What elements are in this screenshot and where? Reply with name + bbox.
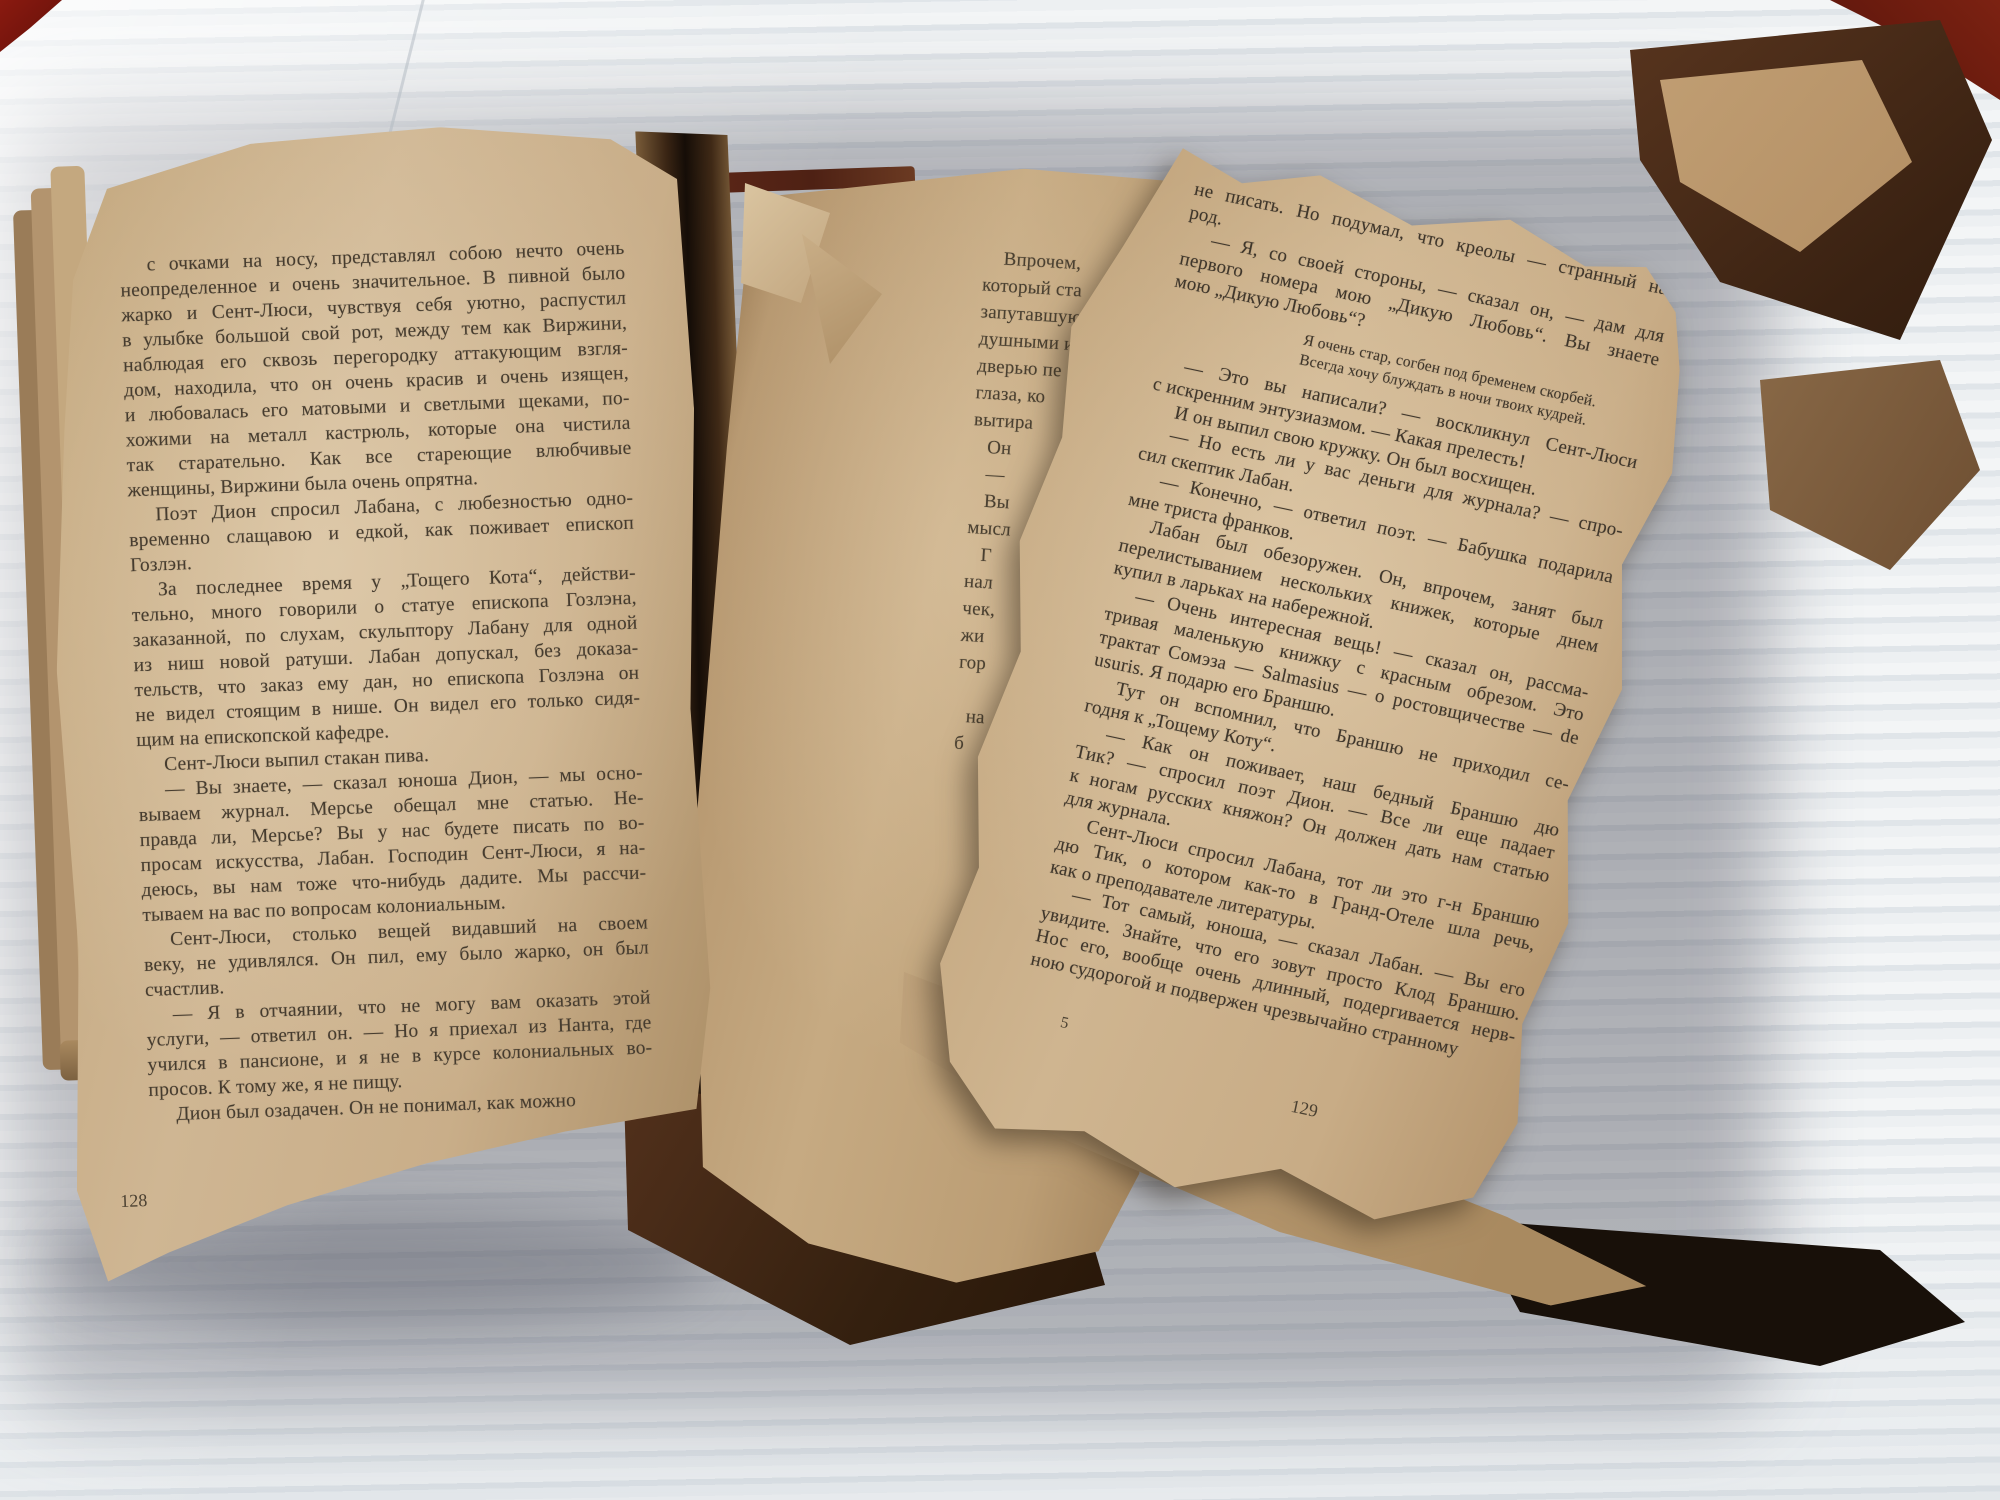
paragraph: — Вы знаете, — сказал юноша Дион, — мы о… bbox=[138, 761, 648, 929]
torn-cover-piece-right bbox=[1740, 350, 2000, 590]
paragraph: За последнее время у „Тощего Кота“, дейс… bbox=[131, 561, 642, 754]
left-page-text: с очками на носу, представлял собою нечт… bbox=[119, 236, 654, 1128]
red-cover-corner-top-left bbox=[0, 0, 70, 60]
page-number-left: 128 bbox=[120, 1190, 148, 1212]
paragraph: — Я в отчаянии, что не могу вам оказать … bbox=[145, 985, 653, 1103]
page-number-right: 129 bbox=[1289, 1096, 1320, 1122]
photo-scene: с очками на носу, представлял собою нечт… bbox=[0, 0, 2000, 1500]
left-page[interactable]: с очками на носу, представлял собою нечт… bbox=[10, 108, 730, 1291]
signature-mark: 5 bbox=[1059, 1014, 1071, 1033]
paragraph: с очками на носу, представлял собою нечт… bbox=[119, 236, 632, 503]
right-page-text-after-verse: — Это вы написали? — воскликнул Сент-Люс… bbox=[1029, 349, 1640, 1072]
